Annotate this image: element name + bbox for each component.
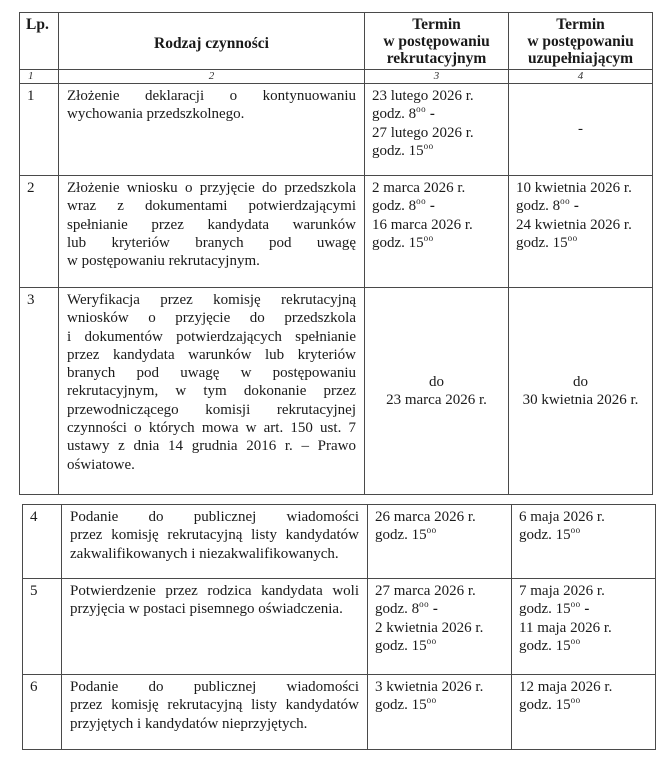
range-separator: -	[584, 601, 589, 617]
activity-description: Podanie do publicznej wiadomościprzez ko…	[62, 675, 368, 750]
activity-description: Weryfikacja przez komisję rekrutacyjnąwn…	[59, 288, 365, 495]
row-number: 2	[20, 176, 59, 288]
activity-description: Złożenie wniosku o przyjęcie do przedszk…	[59, 176, 365, 288]
table-row: 5Potwierdzenie przez rodzica kandydata w…	[23, 579, 656, 675]
supplementary-term: -	[509, 84, 653, 176]
column-number: 1	[20, 70, 59, 84]
supplementary-term: 12 maja 2026 r.godz. 15oo	[512, 675, 656, 750]
minutes-superscript: oo	[568, 233, 578, 243]
recruitment-term: 23 lutego 2026 r.godz. 8oo -27 lutego 20…	[365, 84, 509, 176]
supplementary-term: do30 kwietnia 2026 r.	[509, 288, 653, 495]
minutes-superscript: oo	[571, 599, 581, 609]
activity-description: Potwierdzenie przez rodzica kandydata wo…	[62, 579, 368, 675]
header-activity: Rodzaj czynności	[59, 13, 365, 70]
row-number: 6	[23, 675, 62, 750]
column-number: 3	[365, 70, 509, 84]
table-row: 4Podanie do publicznej wiadomościprzez k…	[23, 505, 656, 579]
minutes-superscript: oo	[427, 525, 437, 535]
table-row: 6Podanie do publicznej wiadomościprzez k…	[23, 675, 656, 750]
header-row: Lp. Rodzaj czynności Termin w postępowan…	[20, 13, 653, 70]
recruitment-term: 3 kwietnia 2026 r.godz. 15oo	[368, 675, 512, 750]
row-number: 5	[23, 579, 62, 675]
range-separator: -	[433, 601, 438, 617]
column-number-row: 1 2 3 4	[20, 70, 653, 84]
minutes-superscript: oo	[560, 196, 570, 206]
minutes-superscript: oo	[427, 636, 437, 646]
recruitment-term: do23 marca 2026 r.	[365, 288, 509, 495]
supplementary-term: 10 kwietnia 2026 r.godz. 8oo -24 kwietni…	[509, 176, 653, 288]
header-term-supplementary: Termin w postępowaniu uzupełniającym	[509, 13, 653, 70]
table-row: 2Złożenie wniosku o przyjęcie do przedsz…	[20, 176, 653, 288]
row-number: 1	[20, 84, 59, 176]
recruitment-term: 27 marca 2026 r.godz. 8oo -2 kwietnia 20…	[368, 579, 512, 675]
supplementary-term: 6 maja 2026 r.godz. 15oo	[512, 505, 656, 579]
schedule-table-part-1: Lp. Rodzaj czynności Termin w postępowan…	[19, 12, 653, 495]
row-number: 4	[23, 505, 62, 579]
recruitment-term: 26 marca 2026 r.godz. 15oo	[368, 505, 512, 579]
minutes-superscript: oo	[571, 695, 581, 705]
minutes-superscript: oo	[424, 141, 434, 151]
minutes-superscript: oo	[571, 636, 581, 646]
column-number: 4	[509, 70, 653, 84]
minutes-superscript: oo	[424, 233, 434, 243]
minutes-superscript: oo	[571, 525, 581, 535]
column-number: 2	[59, 70, 365, 84]
minutes-superscript: oo	[427, 695, 437, 705]
table-row: 3Weryfikacja przez komisję rekrutacyjnąw…	[20, 288, 653, 495]
activity-description: Podanie do publicznej wiadomościprzez ko…	[62, 505, 368, 579]
range-separator: -	[430, 198, 435, 214]
schedule-table-part-2: 4Podanie do publicznej wiadomościprzez k…	[22, 504, 656, 750]
supplementary-term: 7 maja 2026 r.godz. 15oo -11 maja 2026 r…	[512, 579, 656, 675]
table-row: 1Złożenie deklaracji o kontynuowaniuwych…	[20, 84, 653, 176]
activity-description: Złożenie deklaracji o kontynuowaniuwycho…	[59, 84, 365, 176]
row-number: 3	[20, 288, 59, 495]
minutes-superscript: oo	[416, 104, 426, 114]
header-lp: Lp.	[20, 13, 59, 70]
range-separator: -	[574, 198, 579, 214]
minutes-superscript: oo	[416, 196, 426, 206]
range-separator: -	[430, 106, 435, 122]
header-term-recruitment: Termin w postępowaniu rekrutacyjnym	[365, 13, 509, 70]
minutes-superscript: oo	[419, 599, 429, 609]
recruitment-term: 2 marca 2026 r.godz. 8oo -16 marca 2026 …	[365, 176, 509, 288]
